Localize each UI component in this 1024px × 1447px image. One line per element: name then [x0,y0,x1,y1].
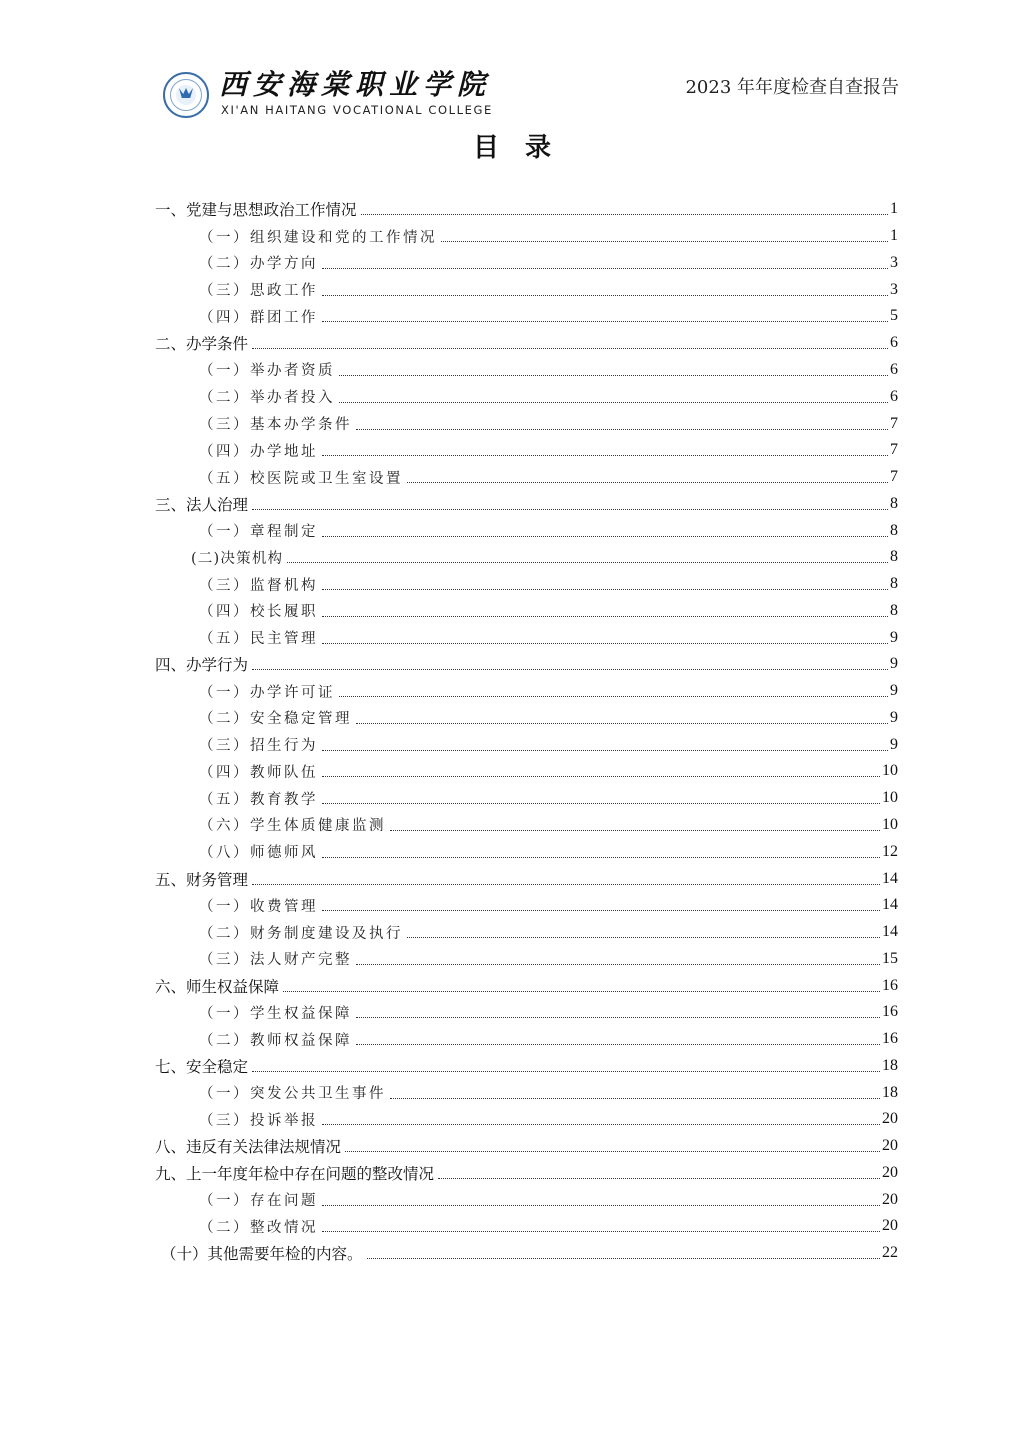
toc-page-number: 20 [882,1217,898,1235]
toc-page-number: 18 [882,1084,898,1102]
toc-page-number: 7 [890,441,898,459]
toc-section-entry[interactable]: 六、师生权益保障16 [155,972,898,999]
toc-page-number: 16 [882,1030,898,1048]
toc-dot-leader [322,909,880,911]
toc-page-number: 3 [890,281,898,299]
toc-page-number: 3 [890,254,898,272]
toc-entry-label: （五）民主管理 [155,627,320,648]
toc-page-number: 20 [882,1137,898,1155]
toc-dot-leader [390,1097,880,1099]
toc-entry-label: （八）师德师风 [155,841,320,862]
toc-dot-leader [322,588,888,590]
toc-page-number: 16 [882,1003,898,1021]
toc-page-number: 8 [890,495,898,513]
toc-dot-leader [322,802,880,804]
toc-dot-leader [322,856,880,858]
toc-section-entry[interactable]: 九、上一年度年检中存在问题的整改情况20 [155,1160,898,1187]
toc-page-number: 7 [890,415,898,433]
toc-subsection-entry[interactable]: （四）办学地址7 [155,437,898,464]
toc-entry-label: （三）基本办学条件 [155,413,354,434]
toc-subsection-entry[interactable]: （五）教育教学10 [155,785,898,812]
toc-dot-leader [283,990,880,992]
toc-subsection-entry[interactable]: （三）基本办学条件7 [155,410,898,437]
toc-page-number: 14 [882,870,898,888]
toc-dot-leader [322,294,888,296]
toc-dot-leader [339,374,888,376]
toc-entry-label: （四）办学地址 [155,440,320,461]
toc-dot-leader [252,347,888,349]
toc-entry-label: （二）整改情况 [155,1216,320,1237]
toc-entry-label: （三）招生行为 [155,734,320,755]
toc-subsection-entry[interactable]: （二）办学方向3 [155,250,898,277]
toc-subsection-entry[interactable]: （一）办学许可证9 [155,678,898,705]
toc-subsection-entry[interactable]: （五）民主管理9 [155,624,898,651]
toc-entry-label: （六）学生体质健康监测 [155,814,388,835]
toc-dot-leader [322,642,888,644]
toc-dot-leader [356,1043,880,1045]
toc-subsection-entry[interactable]: （六）学生体质健康监测10 [155,812,898,839]
toc-subsection-entry[interactable]: （一）章程制定8 [155,517,898,544]
table-of-contents: 一、党建与思想政治工作情况1（一）组织建设和党的工作情况1（二）办学方向3（三）… [155,196,898,1267]
toc-section-entry[interactable]: 一、党建与思想政治工作情况1 [155,196,898,223]
toc-entry-label: 三、法人治理 [155,493,250,515]
toc-entry-label: (二)决策机构 [155,547,285,568]
page-header: 西安海棠职业学院 XI'AN HAITANG VOCATIONAL COLLEG… [163,70,899,120]
toc-entry-label: 五、财务管理 [155,868,250,890]
toc-entry-label: （二）办学方向 [155,252,320,273]
toc-dot-leader [339,401,888,403]
toc-dot-leader [252,883,880,885]
toc-subsection-entry[interactable]: （三）投诉举报20 [155,1106,898,1133]
toc-entry-label: （四）校长履职 [155,600,320,621]
toc-page-number: 9 [890,709,898,727]
toc-dot-leader [407,481,888,483]
toc-dot-leader [356,428,888,430]
toc-subsection-entry[interactable]: （八）师德师风12 [155,838,898,865]
toc-entry-label: （三）法人财产完整 [155,948,354,969]
toc-section-entry[interactable]: 五、财务管理14 [155,865,898,892]
toc-subsection-entry[interactable]: （四）群团工作5 [155,303,898,330]
toc-dot-leader [322,749,888,751]
toc-page-number: 10 [882,789,898,807]
toc-subsection-entry[interactable]: （二）教师权益保障16 [155,1026,898,1053]
toc-entry-label: （一）办学许可证 [155,681,337,702]
toc-page-number: 6 [890,388,898,406]
toc-page-number: 8 [890,548,898,566]
toc-entry-label: （一）章程制定 [155,520,320,541]
toc-subsection-entry[interactable]: （二）财务制度建设及执行14 [155,919,898,946]
toc-section-entry[interactable]: 八、违反有关法律法规情况20 [155,1133,898,1160]
toc-page-number: 12 [882,843,898,861]
toc-entry-label: （一）举办者资质 [155,359,337,380]
toc-page-number: 8 [890,522,898,540]
toc-dot-leader [322,1204,880,1206]
toc-dot-leader [322,775,880,777]
toc-entry-label: （一）组织建设和党的工作情况 [155,226,439,247]
toc-dot-leader [322,454,888,456]
toc-dot-leader [322,615,888,617]
toc-page-number: 10 [882,762,898,780]
toc-dot-leader [356,1016,880,1018]
toc-dot-leader [361,213,888,215]
toc-subsection-entry[interactable]: （一）收费管理14 [155,892,898,919]
toc-section-entry[interactable]: （十）其他需要年检的内容。22 [155,1240,898,1267]
toc-dot-leader [322,320,888,322]
toc-subsection-entry[interactable]: （三）监督机构8 [155,571,898,598]
toc-entry-label: （二）教师权益保障 [155,1029,354,1050]
toc-page-number: 20 [882,1164,898,1182]
toc-entry-label: （五）教育教学 [155,788,320,809]
toc-dot-leader [252,508,888,510]
toc-subsection-entry[interactable]: （五）校医院或卫生室设置7 [155,464,898,491]
toc-page-number: 10 [882,816,898,834]
toc-entry-label: （二）财务制度建设及执行 [155,922,405,943]
college-emblem-icon [163,72,209,118]
toc-page-number: 6 [890,361,898,379]
toc-page-number: 15 [882,950,898,968]
toc-entry-label: （三）监督机构 [155,574,320,595]
toc-section-entry[interactable]: 七、安全稳定18 [155,1053,898,1080]
toc-page-number: 7 [890,468,898,486]
toc-dot-leader [339,695,888,697]
toc-entry-label: 四、办学行为 [155,653,250,675]
toc-page-number: 9 [890,736,898,754]
toc-entry-label: 六、师生权益保障 [155,975,281,997]
toc-dot-leader [322,1230,880,1232]
toc-section-entry[interactable]: 三、法人治理8 [155,490,898,517]
toc-page-number: 20 [882,1191,898,1209]
college-name-cn: 西安海棠职业学院 [219,70,491,100]
toc-dot-leader [356,722,888,724]
toc-page-number: 20 [882,1110,898,1128]
toc-dot-leader [438,1177,880,1179]
toc-entry-label: （三）思政工作 [155,279,320,300]
toc-entry-label: 八、违反有关法律法规情况 [155,1135,343,1157]
toc-title: 目录 [0,130,1024,166]
toc-page-number: 6 [890,334,898,352]
toc-page-number: 9 [890,655,898,673]
toc-entry-label: 九、上一年度年检中存在问题的整改情况 [155,1162,436,1184]
toc-entry-label: 二、办学条件 [155,332,250,354]
toc-entry-label: （一）突发公共卫生事件 [155,1082,388,1103]
toc-subsection-entry[interactable]: （二）举办者投入6 [155,383,898,410]
toc-entry-label: 一、党建与思想政治工作情况 [155,198,359,220]
toc-dot-leader [252,668,888,670]
toc-subsection-entry[interactable]: （三）招生行为9 [155,731,898,758]
toc-section-entry[interactable]: 四、办学行为9 [155,651,898,678]
toc-entry-label: （一）存在问题 [155,1189,320,1210]
toc-subsection-entry[interactable]: （二）安全稳定管理9 [155,705,898,732]
toc-entry-label: （四）教师队伍 [155,761,320,782]
toc-page-number: 14 [882,896,898,914]
toc-subsection-entry[interactable]: （一）学生权益保障16 [155,999,898,1026]
toc-dot-leader [356,963,880,965]
toc-dot-leader [322,267,888,269]
toc-subsection-entry[interactable]: （四）教师队伍10 [155,758,898,785]
toc-subsection-entry[interactable]: （三）法人财产完整15 [155,945,898,972]
college-name-en: XI'AN HAITANG VOCATIONAL COLLEGE [221,103,493,117]
toc-subsection-entry[interactable]: （一）突发公共卫生事件18 [155,1079,898,1106]
toc-page-number: 8 [890,602,898,620]
toc-entry-label: （二）举办者投入 [155,386,337,407]
toc-page-number: 16 [882,977,898,995]
toc-dot-leader [345,1150,880,1152]
toc-dot-leader [287,561,888,563]
toc-subsection-entry[interactable]: （三）思政工作3 [155,276,898,303]
toc-entry-label: （一）收费管理 [155,895,320,916]
toc-subsection-entry[interactable]: （一）存在问题20 [155,1186,898,1213]
toc-section-entry[interactable]: 二、办学条件6 [155,330,898,357]
toc-dot-leader [322,1123,880,1125]
toc-page-number: 9 [890,682,898,700]
toc-page-number: 18 [882,1057,898,1075]
toc-page-number: 8 [890,575,898,593]
toc-dot-leader [390,829,880,831]
toc-page-number: 14 [882,923,898,941]
toc-page-number: 1 [890,200,898,218]
toc-subsection-entry[interactable]: （二）整改情况20 [155,1213,898,1240]
toc-entry-label: （三）投诉举报 [155,1109,320,1130]
toc-entry-label: （五）校医院或卫生室设置 [155,467,405,488]
toc-subsection-entry[interactable]: （一）举办者资质6 [155,357,898,384]
toc-entry-label: （二）安全稳定管理 [155,707,354,728]
toc-subsection-entry[interactable]: （四）校长履职8 [155,597,898,624]
toc-subsection-entry[interactable]: （一）组织建设和党的工作情况1 [155,223,898,250]
toc-dot-leader [322,535,888,537]
toc-entry-label: （十）其他需要年检的内容。 [155,1242,365,1264]
toc-page-number: 5 [890,307,898,325]
toc-entry-label: （四）群团工作 [155,306,320,327]
toc-page-number: 22 [882,1244,898,1262]
toc-dot-leader [367,1257,880,1259]
report-title: 2023 年年度检查自查报告 [685,76,899,100]
toc-entry-label: 七、安全稳定 [155,1055,250,1077]
toc-dot-leader [407,936,880,938]
toc-dot-leader [252,1070,880,1072]
toc-dot-leader [441,240,888,242]
toc-page-number: 9 [890,629,898,647]
toc-entry-label: （一）学生权益保障 [155,1002,354,1023]
toc-page-number: 1 [890,227,898,245]
toc-subsection-entry[interactable]: (二)决策机构8 [155,544,898,571]
